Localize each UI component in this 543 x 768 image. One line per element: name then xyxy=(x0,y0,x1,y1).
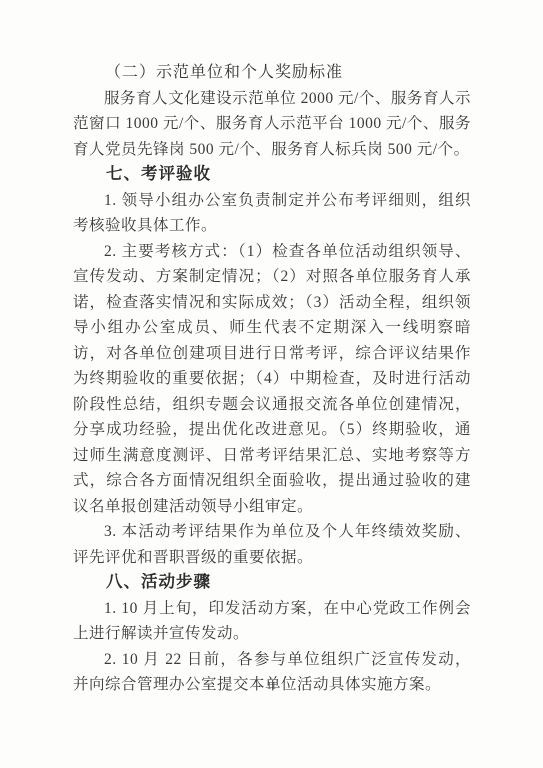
page-number: 11 xyxy=(0,680,543,694)
paragraph-step-1: 1. 10 月上旬，印发活动方案，在中心党政工作例会上进行解读并宣传发动。 xyxy=(73,596,471,647)
paragraph-evaluation-item-2: 2. 主要考核方式：（1）检查各单位活动组织领导、宣传发动、方案制定情况；（2）… xyxy=(73,239,471,520)
document-page: （二）示范单位和个人奖励标准 服务育人文化建设示范单位 2000 元/个、服务育… xyxy=(0,0,543,768)
document-content: （二）示范单位和个人奖励标准 服务育人文化建设示范单位 2000 元/个、服务育… xyxy=(73,60,471,698)
section-heading-8-activity-steps: 八、活动步骤 xyxy=(73,570,471,596)
section-heading-7-evaluation: 七、考评验收 xyxy=(73,162,471,188)
subsection-heading-reward-standards: （二）示范单位和个人奖励标准 xyxy=(73,60,471,86)
paragraph-reward-amounts: 服务育人文化建设示范单位 2000 元/个、服务育人示范窗口 1000 元/个、… xyxy=(73,86,471,163)
paragraph-evaluation-item-3: 3. 本活动考评结果作为单位及个人年终绩效奖励、评先评优和晋职晋级的重要依据。 xyxy=(73,519,471,570)
paragraph-evaluation-item-1: 1. 领导小组办公室负责制定并公布考评细则，组织考核验收具体工作。 xyxy=(73,188,471,239)
